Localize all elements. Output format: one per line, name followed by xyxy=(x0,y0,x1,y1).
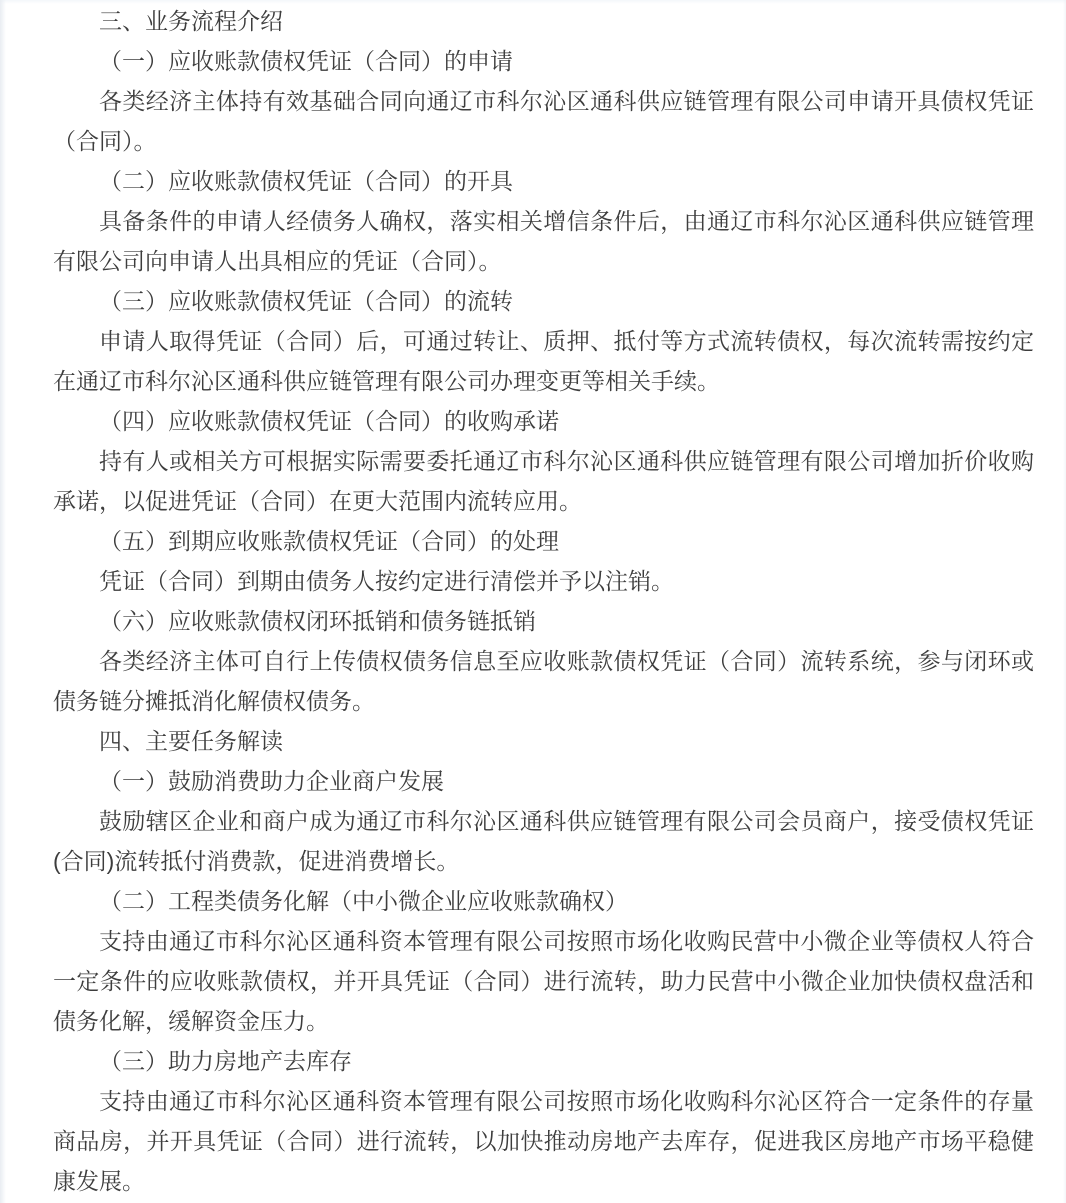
paragraph: 支持由通辽市科尔沁区通科资本管理有限公司按照市场化收购科尔沁区符合一定条件的存量… xyxy=(53,1081,1034,1201)
paragraph: 具备条件的申请人经债务人确权，落实相关增信条件后，由通辽市科尔沁区通科供应链管理… xyxy=(53,201,1034,281)
paragraph: 各类经济主体持有效基础合同向通辽市科尔沁区通科供应链管理有限公司申请开具债权凭证… xyxy=(53,81,1034,161)
sub-heading: （四）应收账款债权凭证（合同）的收购承诺 xyxy=(53,401,1034,441)
sub-heading: （二）工程类债务化解（中小微企业应收账款确权） xyxy=(53,881,1034,921)
section-heading: 三、业务流程介绍 xyxy=(53,1,1034,41)
document-page: 三、业务流程介绍（一）应收账款债权凭证（合同）的申请各类经济主体持有效基础合同向… xyxy=(0,0,1066,1203)
sub-heading: （一）应收账款债权凭证（合同）的申请 xyxy=(53,41,1034,81)
sub-heading: （六）应收账款债权闭环抵销和债务链抵销 xyxy=(53,601,1034,641)
paragraph: 支持由通辽市科尔沁区通科资本管理有限公司按照市场化收购民营中小微企业等债权人符合… xyxy=(53,921,1034,1041)
sub-heading: （五）到期应收账款债权凭证（合同）的处理 xyxy=(53,521,1034,561)
paragraph: 持有人或相关方可根据实际需要委托通辽市科尔沁区通科供应链管理有限公司增加折价收购… xyxy=(53,441,1034,521)
sub-heading: （三）助力房地产去库存 xyxy=(53,1041,1034,1081)
paragraph: 申请人取得凭证（合同）后，可通过转让、质押、抵付等方式流转债权，每次流转需按约定… xyxy=(53,321,1034,401)
section-heading: 四、主要任务解读 xyxy=(53,721,1034,761)
paragraph: 鼓励辖区企业和商户成为通辽市科尔沁区通科供应链管理有限公司会员商户，接受债权凭证… xyxy=(53,801,1034,881)
sub-heading: （一）鼓励消费助力企业商户发展 xyxy=(53,761,1034,801)
document-body: 三、业务流程介绍（一）应收账款债权凭证（合同）的申请各类经济主体持有效基础合同向… xyxy=(0,0,1066,1203)
sub-heading: （三）应收账款债权凭证（合同）的流转 xyxy=(53,281,1034,321)
sub-heading: （二）应收账款债权凭证（合同）的开具 xyxy=(53,161,1034,201)
paragraph: 凭证（合同）到期由债务人按约定进行清偿并予以注销。 xyxy=(53,561,1034,601)
paragraph: 各类经济主体可自行上传债权债务信息至应收账款债权凭证（合同）流转系统，参与闭环或… xyxy=(53,641,1034,721)
